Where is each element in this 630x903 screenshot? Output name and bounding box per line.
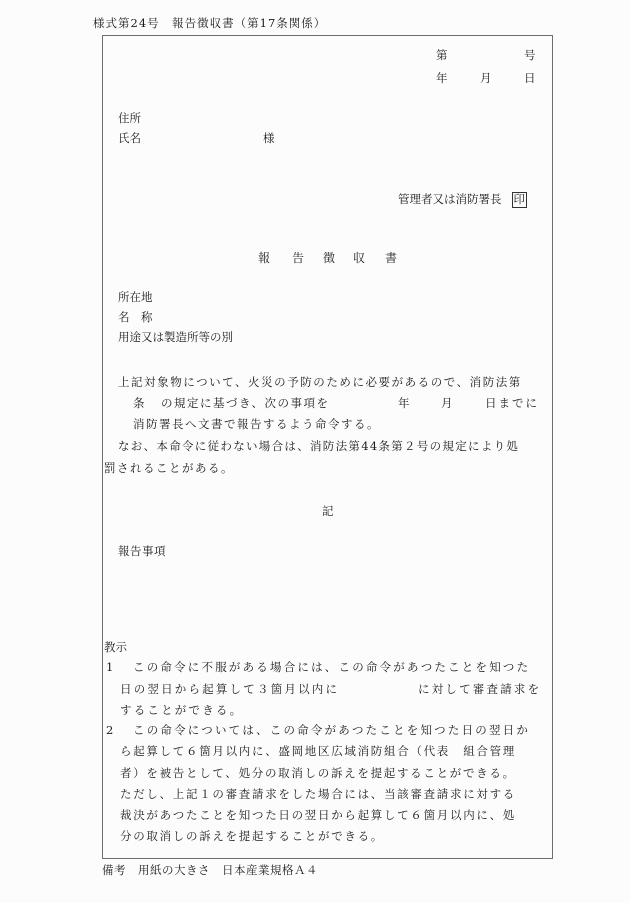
address-label: 住所 xyxy=(118,113,141,125)
instruction-2-number: 2 xyxy=(106,725,113,737)
body-line-2-article: 条 xyxy=(133,398,145,410)
body-line-3: 消防署長へ文書で報告するよう命令する。 xyxy=(133,419,380,431)
remarks-note: 備考 用紙の大きさ 日本産業規格Ａ４ xyxy=(102,865,318,877)
body-line-2-year: 年 xyxy=(398,398,410,410)
doc-title-char-1: 報 xyxy=(258,252,270,264)
name-label: 氏名 xyxy=(118,133,141,145)
seal-mark: 印 xyxy=(512,192,528,208)
doc-title-char-5: 書 xyxy=(385,252,397,264)
body-line-4: なお、本命令に従わない場合は、消防法第44条第２号の規定により処 xyxy=(118,441,519,453)
instruction-1-line-2a: 日の翌日から起算して３箇月以内に xyxy=(120,684,339,696)
instruction-2-line-5: 裁決があつたことを知つた日の翌日から起算して６箇月以内に、処 xyxy=(120,810,516,822)
number-suffix: 号 xyxy=(524,50,536,62)
honorific: 様 xyxy=(263,133,275,145)
instruction-1-line-3: することができる。 xyxy=(120,705,243,717)
report-items-label: 報告事項 xyxy=(118,546,166,558)
body-line-1: 上記対象物について、火災の予防のために必要があるので、消防法第 xyxy=(118,377,522,389)
body-line-2-month: 月 xyxy=(441,398,453,410)
instruction-2-line-4: ただし、上記１の審査請求をした場合には、当該審査請求に対する xyxy=(120,789,516,801)
instruction-1-line-1: この命令に不服がある場合には、この命令があつたことを知つた xyxy=(133,662,530,674)
instruction-2-line-6: 分の取消しの訴えを提起することができる。 xyxy=(120,831,384,843)
doc-title-char-2: 告 xyxy=(292,252,304,264)
issuer-label: 管理者又は消防署長 xyxy=(398,192,502,206)
location-label: 所在地 xyxy=(118,292,153,304)
instruction-2-line-2: ら起算して６箇月以内に、盛岡地区広域消防組合（代表 組合管理 xyxy=(120,746,516,758)
body-line-5: 罰されることがある。 xyxy=(104,463,234,475)
body-line-2-day: 日までに xyxy=(485,398,539,410)
doc-title-char-4: 収 xyxy=(353,252,365,264)
instruction-heading: 教示 xyxy=(104,642,127,654)
target-name-label: 名 称 xyxy=(118,312,153,324)
record-mark: 記 xyxy=(322,506,334,518)
instruction-2-line-3: 者）を被告として、処分の取消しの訴えを提起することができる。 xyxy=(120,768,516,780)
usage-label: 用途又は製造所等の別 xyxy=(118,332,233,344)
body-line-2-text: の規定に基づき、次の事項を xyxy=(161,398,330,410)
instruction-1-number: 1 xyxy=(106,662,113,674)
date-year: 年 xyxy=(436,73,448,85)
instruction-1-line-2b: に対して審査請求を xyxy=(418,684,541,696)
date-day: 日 xyxy=(524,73,536,85)
instruction-2-line-1: この命令については、この命令があつたことを知つた日の翌日か xyxy=(133,725,530,737)
form-title: 様式第24号 報告徴収書（第17条関係） xyxy=(93,18,326,30)
doc-title-char-3: 徴 xyxy=(323,252,335,264)
number-prefix: 第 xyxy=(436,50,448,62)
issuer-line: 管理者又は消防署長印 xyxy=(398,192,527,208)
date-month: 月 xyxy=(480,73,492,85)
